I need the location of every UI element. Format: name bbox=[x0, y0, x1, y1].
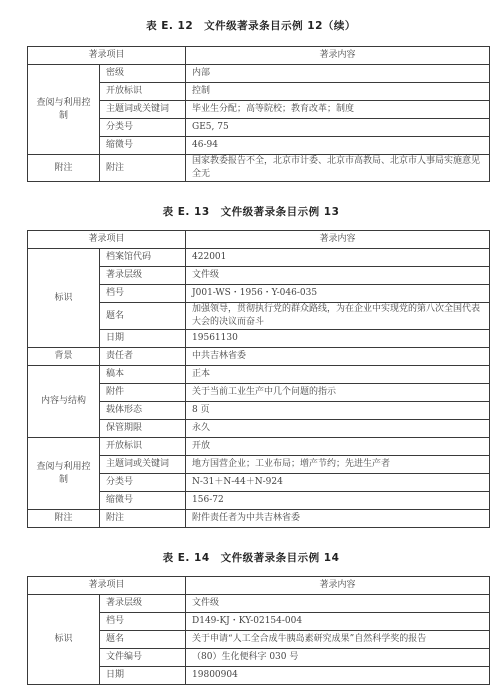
field-value: D149-KJ・KY-02154-004 bbox=[186, 613, 490, 631]
field-value: 开放 bbox=[186, 438, 490, 456]
field-label: 主题词或关键词 bbox=[100, 456, 186, 474]
field-label: 著录层级 bbox=[100, 595, 186, 613]
table-caption-e13: 表 E. 13 文件级著录条目示例 13 bbox=[0, 204, 502, 219]
field-value: 关于申请“人工全合成牛胰岛素研究成果”自然科学奖的报告 bbox=[186, 631, 490, 649]
field-label: 著录层级 bbox=[100, 267, 186, 285]
group-label: 查阅与利用控制 bbox=[28, 438, 100, 510]
field-value: 中共吉林省委 bbox=[186, 348, 490, 366]
table-row: 标识 档案馆代码 422001 bbox=[28, 249, 490, 267]
table-header-row: 著录项目 著录内容 bbox=[28, 47, 490, 65]
group-label: 内容与结构 bbox=[28, 366, 100, 438]
field-value: 46-94 bbox=[186, 137, 490, 155]
table-row: 附注 附注 国家教委报告不全，北京市计委、北京市高教局、北京市人事局实施意见全无 bbox=[28, 155, 490, 182]
table-row: 查阅与利用控制 开放标识 开放 bbox=[28, 438, 490, 456]
field-label: 责任者 bbox=[100, 348, 186, 366]
field-value: 附件责任者为中共吉林省委 bbox=[186, 510, 490, 528]
field-label: 载体形态 bbox=[100, 402, 186, 420]
field-label: 分类号 bbox=[100, 119, 186, 137]
field-value: 国家教委报告不全，北京市计委、北京市高教局、北京市人事局实施意见全无 bbox=[186, 155, 490, 182]
field-label: 开放标识 bbox=[100, 438, 186, 456]
group-label: 标识 bbox=[28, 595, 100, 685]
field-label: 主题词或关键词 bbox=[100, 101, 186, 119]
field-value: 正本 bbox=[186, 366, 490, 384]
field-value: 毕业生分配；高等院校；教育改革；制度 bbox=[186, 101, 490, 119]
field-label: 附注 bbox=[100, 155, 186, 182]
header-item: 著录项目 bbox=[28, 231, 186, 249]
field-value: 关于当前工业生产中几个问题的指示 bbox=[186, 384, 490, 402]
field-label: 档号 bbox=[100, 613, 186, 631]
table-row: 附注 附注 附件责任者为中共吉林省委 bbox=[28, 510, 490, 528]
table-row: 背景 责任者 中共吉林省委 bbox=[28, 348, 490, 366]
group-label: 附注 bbox=[28, 510, 100, 528]
field-value: 地方国营企业；工业布局；增产节约；先进生产者 bbox=[186, 456, 490, 474]
table-header-row: 著录项目 著录内容 bbox=[28, 231, 490, 249]
field-value: 内部 bbox=[186, 65, 490, 83]
field-label: 缩微号 bbox=[100, 137, 186, 155]
field-value: N-31＋N-44＋N-924 bbox=[186, 474, 490, 492]
header-item: 著录项目 bbox=[28, 577, 186, 595]
field-value: 19800904 bbox=[186, 667, 490, 685]
field-label: 题名 bbox=[100, 631, 186, 649]
field-label: 题名 bbox=[100, 303, 186, 330]
field-value: J001-WS・1956・Y-046-035 bbox=[186, 285, 490, 303]
table-row: 标识 著录层级 文件级 bbox=[28, 595, 490, 613]
table-header-row: 著录项目 著录内容 bbox=[28, 577, 490, 595]
field-label: 日期 bbox=[100, 667, 186, 685]
field-label: 文件编号 bbox=[100, 649, 186, 667]
field-value: 156-72 bbox=[186, 492, 490, 510]
header-content: 著录内容 bbox=[186, 47, 490, 65]
catalog-table-e14: 著录项目 著录内容 标识 著录层级 文件级 档号 D149-KJ・KY-0215… bbox=[27, 576, 490, 685]
table-caption-e12: 表 E. 12 文件级著录条目示例 12（续） bbox=[0, 18, 502, 33]
field-label: 缩微号 bbox=[100, 492, 186, 510]
table-caption-e14: 表 E. 14 文件级著录条目示例 14 bbox=[0, 550, 502, 565]
field-value: 永久 bbox=[186, 420, 490, 438]
header-content: 著录内容 bbox=[186, 577, 490, 595]
field-label: 保管期限 bbox=[100, 420, 186, 438]
field-value: 422001 bbox=[186, 249, 490, 267]
field-label: 附件 bbox=[100, 384, 186, 402]
field-value: GE5, 75 bbox=[186, 119, 490, 137]
header-content: 著录内容 bbox=[186, 231, 490, 249]
group-label: 背景 bbox=[28, 348, 100, 366]
field-label: 档案馆代码 bbox=[100, 249, 186, 267]
field-label: 附注 bbox=[100, 510, 186, 528]
catalog-table-e13: 著录项目 著录内容 标识 档案馆代码 422001 著录层级 文件级 档号 J0… bbox=[27, 230, 490, 528]
field-label: 稿本 bbox=[100, 366, 186, 384]
field-label: 档号 bbox=[100, 285, 186, 303]
field-value: 加强领导，贯彻执行党的群众路线，为在企业中实现党的第八次全国代表大会的决议而奋斗 bbox=[186, 303, 490, 330]
field-value: 文件级 bbox=[186, 267, 490, 285]
field-label: 分类号 bbox=[100, 474, 186, 492]
catalog-table-e12: 著录项目 著录内容 查阅与利用控制 密级 内部 开放标识 控制 主题词或关键词 … bbox=[27, 46, 490, 182]
group-label: 附注 bbox=[28, 155, 100, 182]
field-label: 日期 bbox=[100, 330, 186, 348]
field-value: （80）生化便科字 030 号 bbox=[186, 649, 490, 667]
field-label: 开放标识 bbox=[100, 83, 186, 101]
group-label: 查阅与利用控制 bbox=[28, 65, 100, 155]
field-value: 控制 bbox=[186, 83, 490, 101]
field-value: 19561130 bbox=[186, 330, 490, 348]
header-item: 著录项目 bbox=[28, 47, 186, 65]
field-value: 文件级 bbox=[186, 595, 490, 613]
table-row: 查阅与利用控制 密级 内部 bbox=[28, 65, 490, 83]
group-label: 标识 bbox=[28, 249, 100, 348]
table-row: 内容与结构 稿本 正本 bbox=[28, 366, 490, 384]
field-value: 8 页 bbox=[186, 402, 490, 420]
field-label: 密级 bbox=[100, 65, 186, 83]
